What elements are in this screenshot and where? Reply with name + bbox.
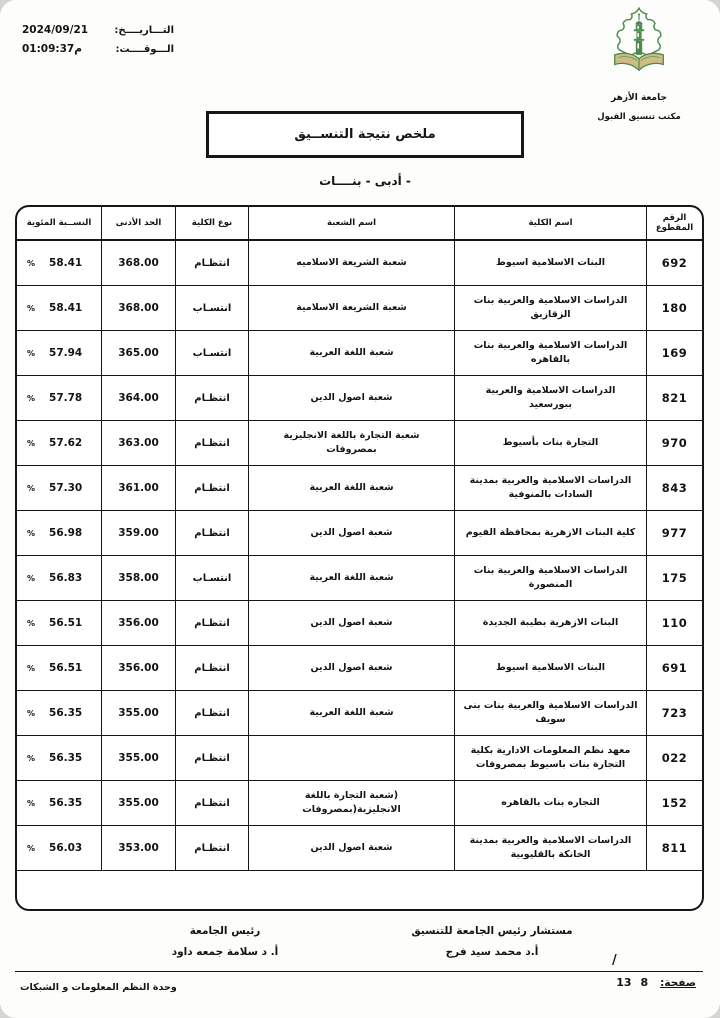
cell-code-number: 022 (646, 736, 702, 781)
percent-sign: % (27, 259, 35, 268)
page-current: 8 (641, 976, 649, 989)
percent-value: 56.35 (49, 707, 82, 719)
signature-name: أ.د محمد سيد فرج (352, 946, 632, 958)
al-azhar-emblem-icon (607, 6, 671, 82)
footer-divider (15, 971, 703, 972)
cell-minimum-score: 355.00 (101, 736, 175, 781)
header-minimum: الحد الأدنى (101, 207, 175, 241)
cell-code-number: 180 (646, 286, 702, 331)
cell-enrollment-type: انتظـام (175, 511, 248, 556)
cell-percentage: %56.98 (17, 511, 101, 556)
report-subtitle: - أدبى - بنــــات (206, 174, 524, 188)
cell-minimum-score: 363.00 (101, 421, 175, 466)
results-table: النســبة المئوية الحد الأدنى نوع الكلية … (15, 205, 704, 911)
cell-percentage: %57.62 (17, 421, 101, 466)
cell-branch-name: شعبة التجارة باللغة الانجليزية بمصروفات (248, 421, 454, 466)
header-college: اسم الكلية (454, 207, 646, 241)
percent-value: 56.35 (49, 752, 82, 764)
date-row: التـــاريــــخ: 2024/09/21 (22, 24, 174, 36)
office-name: مكتب تنسيق القبول (584, 112, 694, 122)
cell-percentage: %57.30 (17, 466, 101, 511)
cell-branch-name: شعبة اللغة العربية (248, 691, 454, 736)
percent-sign: % (27, 664, 35, 673)
table-row: %56.51356.00انتظـامشعبة اصول الدينالبنات… (17, 601, 702, 646)
it-unit-label: وحدة النظم المعلومات و الشبكات (20, 982, 177, 993)
cell-code-number: 152 (646, 781, 702, 826)
header-percentage: النســبة المئوية (17, 207, 101, 241)
cell-minimum-score: 368.00 (101, 241, 175, 286)
cell-code-number: 169 (646, 331, 702, 376)
cell-enrollment-type: انتظـام (175, 736, 248, 781)
cell-college-name: الدراسات الاسلامية والعربية بمدينة الخان… (454, 826, 646, 871)
cell-code-number: 811 (646, 826, 702, 871)
cell-minimum-score: 359.00 (101, 511, 175, 556)
table-row: %57.62363.00انتظـامشعبة التجارة باللغة ا… (17, 421, 702, 466)
cell-percentage: %56.35 (17, 691, 101, 736)
page-total: 13 (616, 976, 631, 989)
header-branch: اسم الشعبة (248, 207, 454, 241)
cell-percentage: %56.51 (17, 646, 101, 691)
time-value: م01:09:37 (22, 43, 82, 55)
signature-name: أ. د سلامة جمعه داود (85, 946, 365, 958)
cell-minimum-score: 353.00 (101, 826, 175, 871)
cell-branch-name: (شعبة التجارة باللغة الانجليزية(بمصروفات (248, 781, 454, 826)
table-row: %56.35355.00انتظـامشعبة اللغة العربيةالد… (17, 691, 702, 736)
cell-minimum-score: 368.00 (101, 286, 175, 331)
percent-value: 57.94 (49, 347, 82, 359)
percent-sign: % (27, 574, 35, 583)
signature-title: مستشار رئيس الجامعة للتنسيق (352, 925, 632, 937)
percent-value: 57.62 (49, 437, 82, 449)
table-row: %56.98359.00انتظـامشعبة اصول الدينكلية ا… (17, 511, 702, 556)
cell-college-name: الدراسات الاسلامية والعربية بنات المنصور… (454, 556, 646, 601)
cell-code-number: 821 (646, 376, 702, 421)
cell-branch-name: شعبة اللغة العربية (248, 466, 454, 511)
table-row: %57.94365.00انتسـابشعبة اللغة العربيةالد… (17, 331, 702, 376)
cell-branch-name: شعبة اصول الدين (248, 376, 454, 421)
cell-branch-name: شعبة اصول الدين (248, 826, 454, 871)
document-page: التـــاريــــخ: 2024/09/21 الـــوقــــت:… (0, 0, 720, 1018)
cell-enrollment-type: انتظـام (175, 646, 248, 691)
cell-minimum-score: 364.00 (101, 376, 175, 421)
percent-sign: % (27, 484, 35, 493)
percent-value: 56.03 (49, 842, 82, 854)
cell-percentage: %58.41 (17, 241, 101, 286)
table-header-row: النســبة المئوية الحد الأدنى نوع الكلية … (17, 207, 702, 241)
cell-percentage: %56.35 (17, 781, 101, 826)
cell-college-name: الدراسات الاسلامية والعربية بنات بالقاهر… (454, 331, 646, 376)
cell-code-number: 691 (646, 646, 702, 691)
cell-branch-name: شعبة اصول الدين (248, 646, 454, 691)
cell-enrollment-type: انتظـام (175, 376, 248, 421)
page-numbers: 8 13 (616, 976, 648, 989)
cell-college-name: البنات الاسلامية اسيوط (454, 646, 646, 691)
cell-percentage: %57.78 (17, 376, 101, 421)
org-block: جامعة الأزهر مكتب تنسيق القبول (584, 6, 694, 122)
cell-college-name: البنات الازهرية بطيبة الجديدة (454, 601, 646, 646)
page-label: صفحة: (660, 977, 696, 989)
cell-branch-name: شعبة اللغة العربية (248, 556, 454, 601)
percent-sign: % (27, 529, 35, 538)
cell-college-name: الدراسات الاسلامية والعربية بنات بنى سوي… (454, 691, 646, 736)
cell-percentage: %56.83 (17, 556, 101, 601)
cell-enrollment-type: انتظـام (175, 466, 248, 511)
table-row: %57.30361.00انتظـامشعبة اللغة العربيةالد… (17, 466, 702, 511)
table-row: %57.78364.00انتظـامشعبة اصول الدينالدراس… (17, 376, 702, 421)
date-time-block: التـــاريــــخ: 2024/09/21 الـــوقــــت:… (22, 24, 174, 62)
cell-college-name: التجاره بنات بالقاهره (454, 781, 646, 826)
date-value: 2024/09/21 (22, 24, 88, 36)
cell-branch-name: شعبة اصول الدين (248, 511, 454, 556)
cell-enrollment-type: انتظـام (175, 781, 248, 826)
percent-sign: % (27, 844, 35, 853)
percent-sign: % (27, 799, 35, 808)
cell-branch-name (248, 736, 454, 781)
percent-sign: % (27, 619, 35, 628)
cell-enrollment-type: انتسـاب (175, 556, 248, 601)
percent-value: 56.51 (49, 662, 82, 674)
cell-code-number: 723 (646, 691, 702, 736)
percent-sign: % (27, 709, 35, 718)
cell-percentage: %56.51 (17, 601, 101, 646)
cell-percentage: %56.03 (17, 826, 101, 871)
table-row: %58.41368.00انتسـابشعبة الشريعة الاسلامي… (17, 286, 702, 331)
page-indicator: صفحة: 8 13 (616, 976, 696, 989)
percent-value: 58.41 (49, 302, 82, 314)
cell-enrollment-type: انتظـام (175, 601, 248, 646)
cell-enrollment-type: انتظـام (175, 691, 248, 736)
cell-enrollment-type: انتسـاب (175, 286, 248, 331)
cell-branch-name: شعبة اللغة العربية (248, 331, 454, 376)
cell-code-number: 970 (646, 421, 702, 466)
cell-college-name: البنات الاسلامية اسيوط (454, 241, 646, 286)
cell-percentage: %58.41 (17, 286, 101, 331)
table-row: %56.51356.00انتظـامشعبة اصول الدينالبنات… (17, 646, 702, 691)
page-separator: / (612, 953, 617, 968)
cell-enrollment-type: انتظـام (175, 421, 248, 466)
header-code: الرقم المقطوع (646, 207, 702, 241)
cell-college-name: الدراسات الاسلامية والعربية بنات الزقازي… (454, 286, 646, 331)
cell-code-number: 692 (646, 241, 702, 286)
cell-branch-name: شعبة الشريعة الاسلاميه (248, 241, 454, 286)
table-row: %56.03353.00انتظـامشعبة اصول الدينالدراس… (17, 826, 702, 871)
table-row: %56.83358.00انتسـابشعبة اللغة العربيةالد… (17, 556, 702, 601)
cell-code-number: 843 (646, 466, 702, 511)
date-label: التـــاريــــخ: (114, 25, 174, 36)
percent-sign: % (27, 439, 35, 448)
cell-minimum-score: 355.00 (101, 691, 175, 736)
cell-college-name: التجارة بنات بأسيوط (454, 421, 646, 466)
cell-percentage: %56.35 (17, 736, 101, 781)
cell-enrollment-type: انتسـاب (175, 331, 248, 376)
cell-college-name: كلية البنات الازهرية بمحافظة الفيوم (454, 511, 646, 556)
university-name: جامعة الأزهر (584, 93, 694, 103)
percent-value: 56.51 (49, 617, 82, 629)
table-row: %56.35355.00انتظـاممعهد نظم المعلومات ال… (17, 736, 702, 781)
percent-value: 56.98 (49, 527, 82, 539)
percent-value: 58.41 (49, 257, 82, 269)
percent-sign: % (27, 349, 35, 358)
percent-sign: % (27, 304, 35, 313)
cell-college-name: الدراسات الاسلامية والعربية بمدينة الساد… (454, 466, 646, 511)
signature-title: رئيس الجامعة (85, 925, 365, 937)
signature-university-president: رئيس الجامعة أ. د سلامة جمعه داود (85, 925, 365, 958)
cell-code-number: 110 (646, 601, 702, 646)
table-row: %56.35355.00انتظـام(شعبة التجارة باللغة … (17, 781, 702, 826)
percent-value: 57.30 (49, 482, 82, 494)
time-row: الـــوقــــت: م01:09:37 (22, 43, 174, 55)
cell-minimum-score: 358.00 (101, 556, 175, 601)
percent-value: 56.35 (49, 797, 82, 809)
cell-minimum-score: 361.00 (101, 466, 175, 511)
cell-minimum-score: 356.00 (101, 646, 175, 691)
percent-sign: % (27, 754, 35, 763)
report-title-box: ملخص نتيجة التنســيق (206, 111, 524, 158)
cell-percentage: %57.94 (17, 331, 101, 376)
cell-branch-name: شعبة اصول الدين (248, 601, 454, 646)
cell-college-name: الدراسات الاسلامية والعربية ببورسعيد (454, 376, 646, 421)
report-title: ملخص نتيجة التنســيق (294, 127, 435, 142)
cell-code-number: 977 (646, 511, 702, 556)
cell-enrollment-type: انتظـام (175, 826, 248, 871)
cell-college-name: معهد نظم المعلومات الادارية بكلية التجار… (454, 736, 646, 781)
time-label: الـــوقــــت: (115, 44, 174, 55)
cell-minimum-score: 365.00 (101, 331, 175, 376)
table-row: %58.41368.00انتظـامشعبة الشريعة الاسلامي… (17, 241, 702, 286)
cell-enrollment-type: انتظـام (175, 241, 248, 286)
table-empty-filler (17, 871, 702, 909)
percent-value: 56.83 (49, 572, 82, 584)
percent-value: 57.78 (49, 392, 82, 404)
cell-branch-name: شعبة الشريعة الاسلامية (248, 286, 454, 331)
cell-minimum-score: 355.00 (101, 781, 175, 826)
signature-coordination-advisor: مستشار رئيس الجامعة للتنسيق أ.د محمد سيد… (352, 925, 632, 958)
cell-minimum-score: 356.00 (101, 601, 175, 646)
cell-code-number: 175 (646, 556, 702, 601)
header-type: نوع الكلية (175, 207, 248, 241)
percent-sign: % (27, 394, 35, 403)
